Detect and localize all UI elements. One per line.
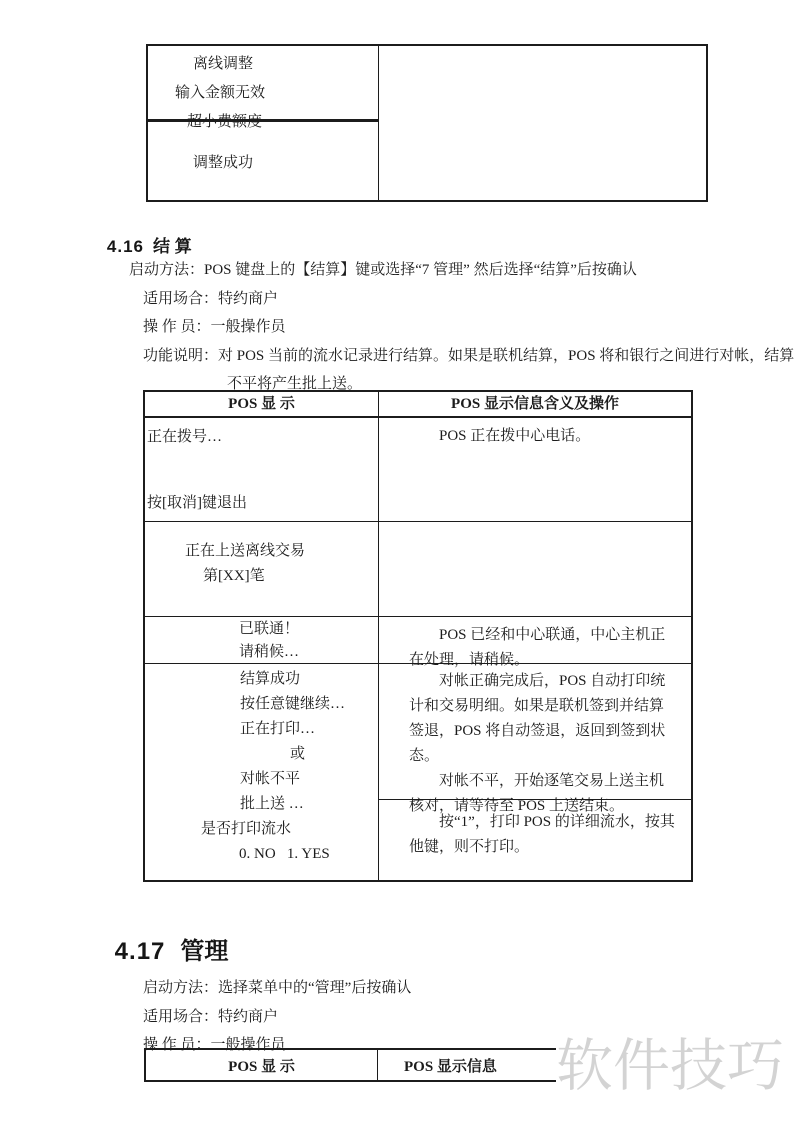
- info-line-function: 功能说明：对 POS 当前的流水记录进行结算。如果是联机结算，POS 将和银行之…: [143, 342, 740, 371]
- header-pos-display: POS 显 示: [145, 392, 379, 416]
- connected-display-cell: 已联通！ 请稍候…: [145, 617, 379, 663]
- upload-meaning-cell: [379, 522, 691, 616]
- adjust-success-cell: 调整成功: [148, 122, 378, 200]
- display-line: 按任意键继续…: [240, 692, 378, 717]
- reconcile-meaning-cell: 对帐正确完成后，POS 自动打印统计和交易明细。如果是联机签到并结算签退，POS…: [379, 664, 691, 800]
- meaning-paragraph: 对帐正确完成后，POS 自动打印统计和交易明细。如果是联机签到并结算签退，POS…: [379, 669, 691, 769]
- display-line: 第[XX]笔: [203, 564, 378, 589]
- manual-page: 离线调整 输入金额无效 超小费额度 调整成功 4.16结 算 启动方法：POS …: [0, 0, 800, 1132]
- section-number: 4.17: [115, 938, 166, 965]
- display-line: 0. NO 1. YES: [239, 842, 378, 867]
- offline-adjust-display-column: 离线调整 输入金额无效 超小费额度 调整成功: [148, 46, 379, 200]
- section-title: 结 算: [153, 237, 192, 256]
- section-title: 管理: [180, 938, 228, 965]
- info-line-start-method: 启动方法：POS 键盘上的【结算】键或选择“7 管理” 然后选择“结算”后按确认: [129, 256, 740, 285]
- section-4-16-info: 启动方法：POS 键盘上的【结算】键或选择“7 管理” 然后选择“结算”后按确认…: [0, 256, 740, 399]
- meaning-paragraph: POS 正在拨中心电话。: [379, 418, 691, 449]
- display-line: 正在上送离线交易: [185, 539, 378, 564]
- offline-adjust-meaning-cell: [379, 46, 706, 200]
- result-meaning-cells: 对帐正确完成后，POS 自动打印统计和交易明细。如果是联机签到并结算签退，POS…: [379, 664, 691, 880]
- display-line: 按[取消]键退出: [147, 491, 378, 512]
- display-line: 批上送 …: [240, 792, 378, 817]
- result-display-cell: 结算成功 按任意键继续… 正在打印… 或 对帐不平 批上送 … 是否打印流水 0…: [145, 664, 379, 880]
- table-row-connected: 已联通！ 请稍候… POS 已经和中心联通，中心主机正在处理，请稍候。: [145, 617, 691, 664]
- info-line-operator: 操 作 员：一般操作员: [143, 313, 740, 342]
- section-number: 4.16: [107, 237, 144, 256]
- table-header-row: POS 显 示 POS 显示信息含义及操作: [145, 392, 691, 418]
- watermark-text: 软件技巧: [556, 1030, 800, 1132]
- info-line-start-method: 启动方法：选择菜单中的“管理”后按确认: [143, 974, 740, 1003]
- display-line: 正在拨号…: [147, 425, 378, 446]
- offline-adjust-messages-cell: 离线调整 输入金额无效 超小费额度: [148, 46, 378, 122]
- display-line: 已联通！: [239, 618, 378, 641]
- table-row-dialing: 正在拨号… 按[取消]键退出 POS 正在拨中心电话。: [145, 418, 691, 522]
- header-pos-display: POS 显 示: [146, 1050, 378, 1080]
- upload-display-cell: 正在上送离线交易 第[XX]笔: [145, 522, 379, 616]
- meaning-paragraph: 按“1”，打印 POS 的详细流水，按其他键，则不打印。: [379, 810, 691, 860]
- dialing-meaning-cell: POS 正在拨中心电话。: [379, 418, 691, 521]
- table-cell-line: 离线调整: [193, 50, 378, 79]
- display-line: 或: [290, 742, 378, 767]
- display-line: 请稍候…: [239, 641, 378, 664]
- info-line-usage: 适用场合：特约商户: [143, 285, 740, 314]
- display-line: 结算成功: [240, 667, 378, 692]
- offline-adjust-table: 离线调整 输入金额无效 超小费额度 调整成功: [146, 44, 708, 202]
- connected-meaning-cell: POS 已经和中心联通，中心主机正在处理，请稍候。: [379, 617, 691, 663]
- table-cell-line: 输入金额无效: [175, 79, 378, 108]
- display-line: 是否打印流水: [201, 817, 378, 842]
- table-cell-line: 调整成功: [193, 151, 253, 172]
- settlement-table: POS 显 示 POS 显示信息含义及操作 正在拨号… 按[取消]键退出 POS…: [143, 390, 693, 882]
- display-line: 对帐不平: [240, 767, 378, 792]
- print-journal-meaning-cell: 按“1”，打印 POS 的详细流水，按其他键，则不打印。: [379, 800, 691, 860]
- header-pos-meaning: POS 显示信息含义及操作: [379, 392, 691, 416]
- table-row-upload-offline: 正在上送离线交易 第[XX]笔: [145, 522, 691, 617]
- info-line-usage: 适用场合：特约商户: [143, 1003, 740, 1032]
- display-line: 正在打印…: [240, 717, 378, 742]
- table-row-settle-result: 结算成功 按任意键继续… 正在打印… 或 对帐不平 批上送 … 是否打印流水 0…: [145, 664, 691, 880]
- dialing-display-cell: 正在拨号… 按[取消]键退出: [145, 418, 379, 521]
